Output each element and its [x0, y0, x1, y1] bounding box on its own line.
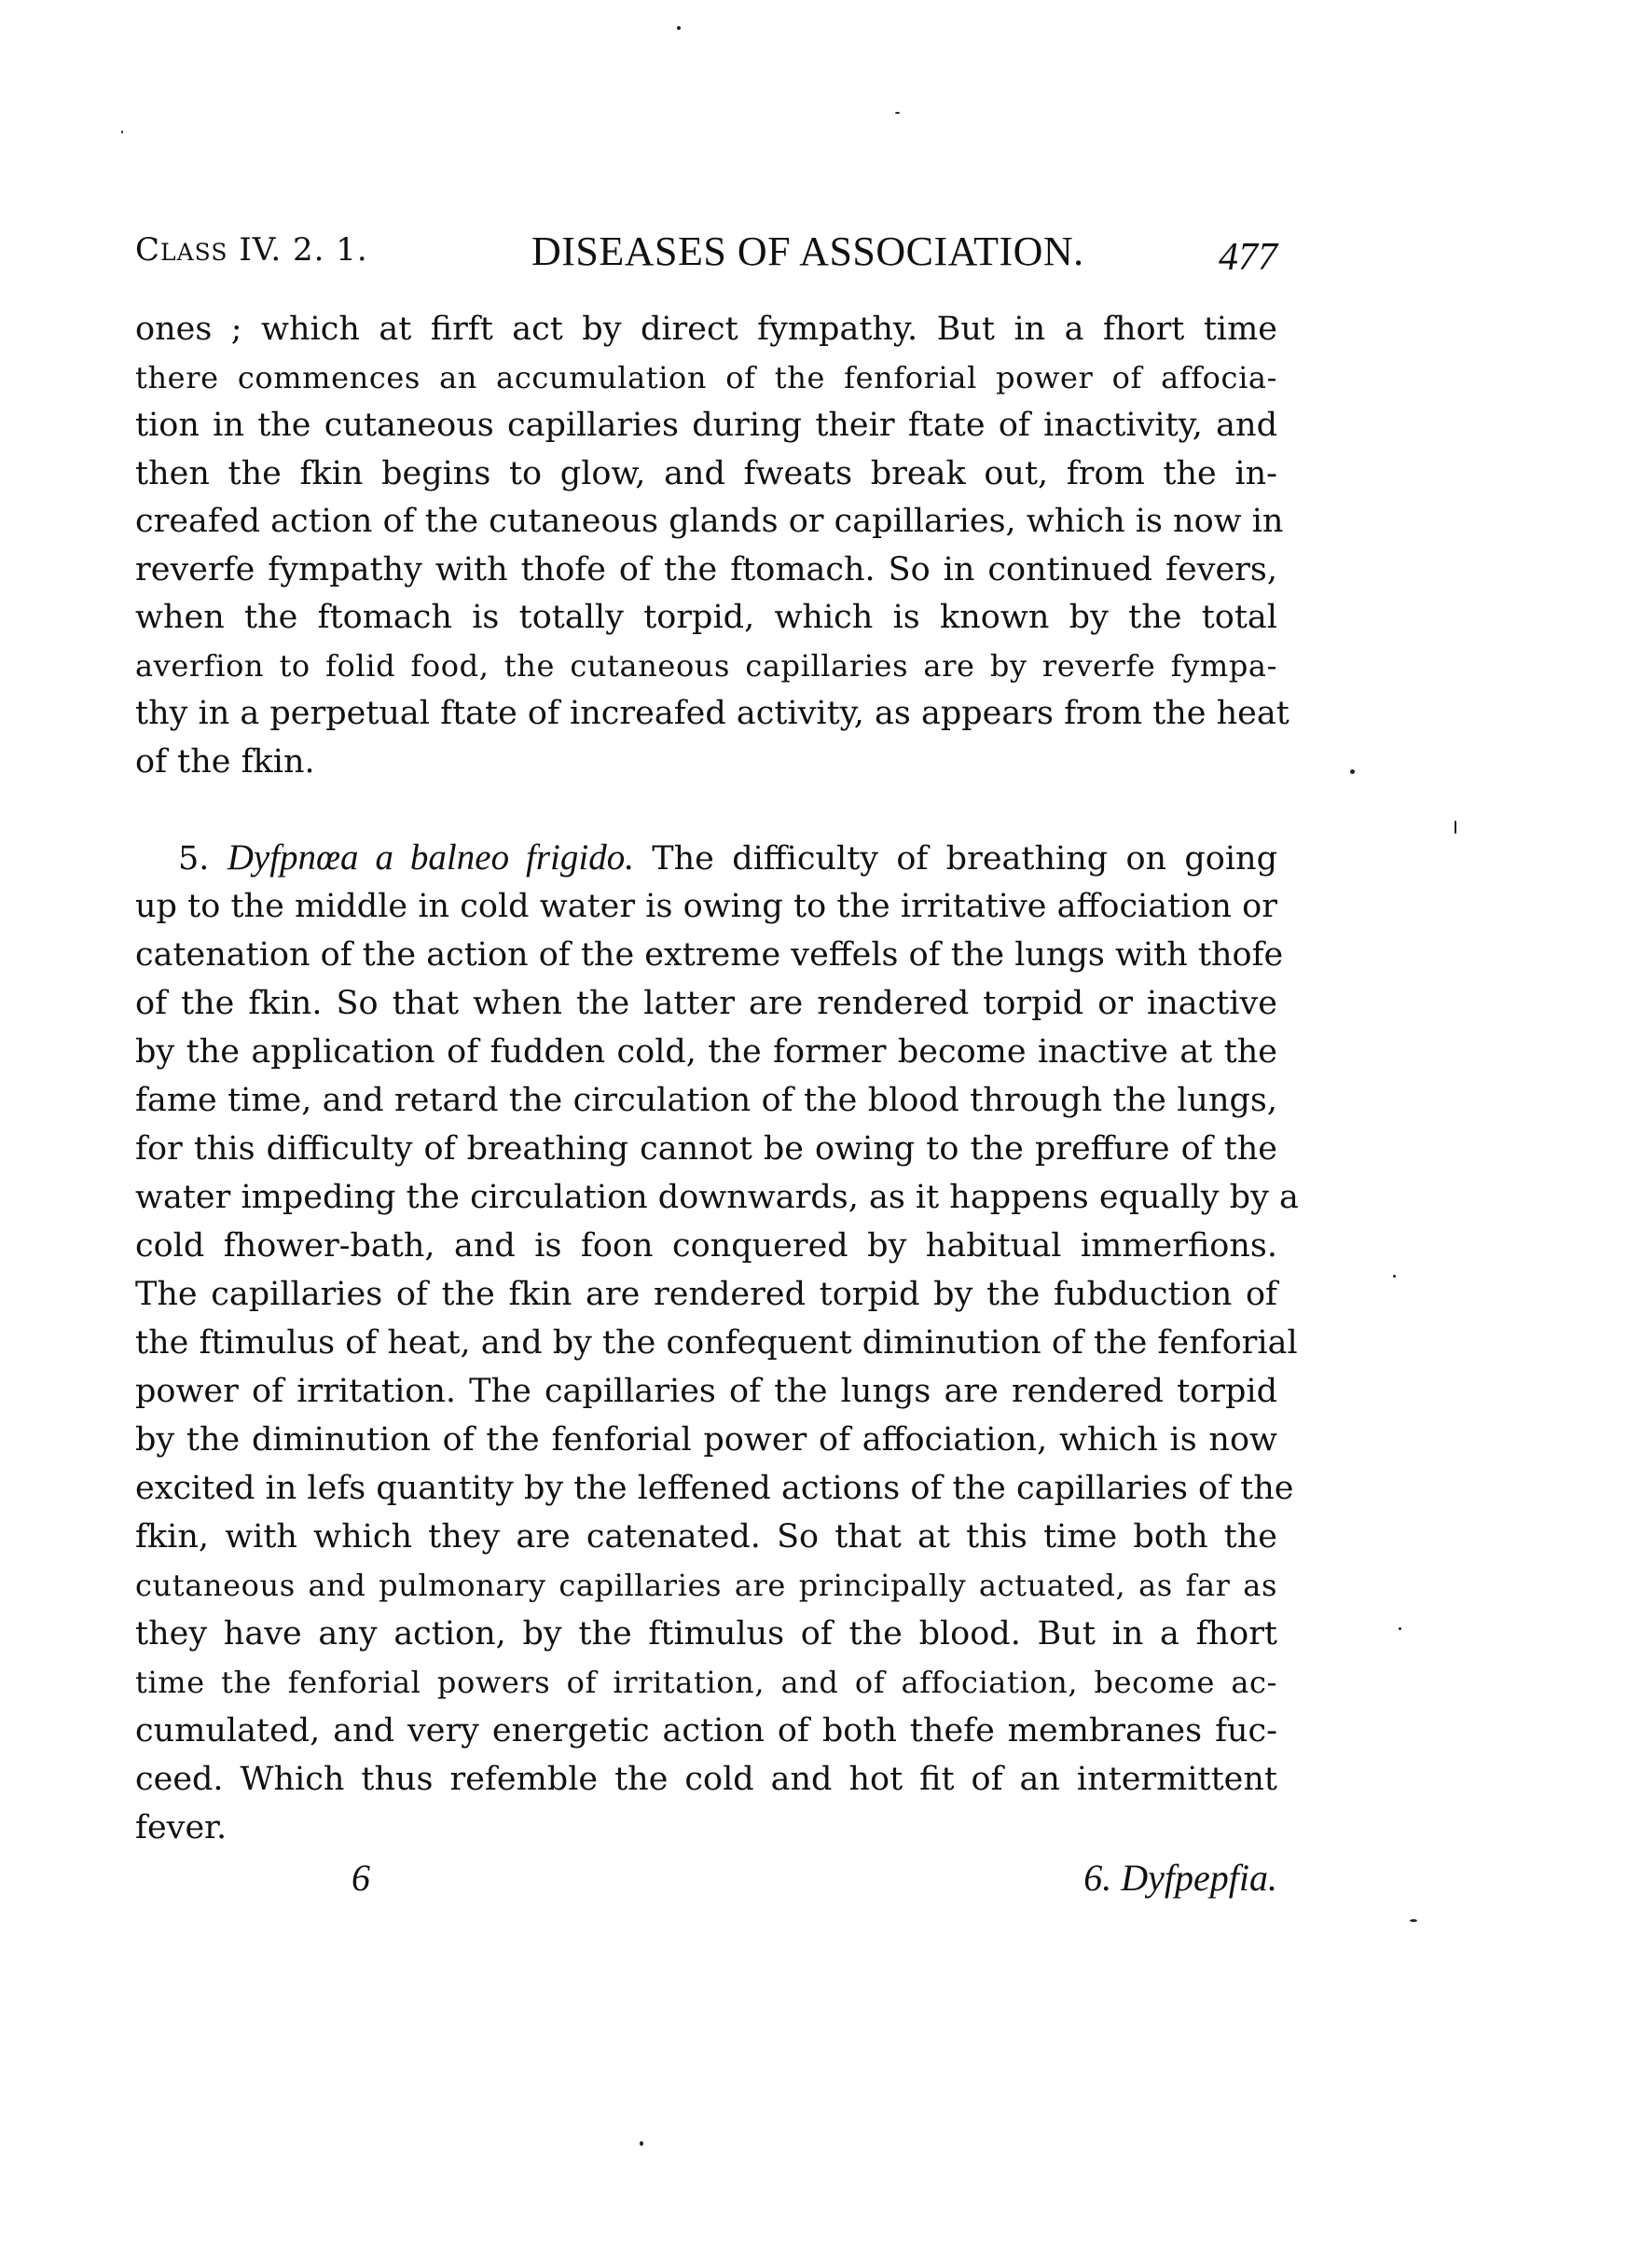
text-line: power of irritation. The capillaries of … [135, 1367, 1277, 1416]
scan-speck [121, 131, 123, 133]
text-line: time the fenforial powers of irritation,… [135, 1658, 1277, 1707]
text-line: they have any action, by the ftimulus of… [135, 1610, 1277, 1658]
text-line: The capillaries of the fkin are rendered… [135, 1270, 1277, 1319]
text-line: of the fkin. [135, 738, 1277, 786]
text-line: of the fkin. So that when the latter are… [135, 979, 1277, 1028]
text-line: the ftimulus of heat, and by the confequ… [135, 1319, 1277, 1367]
running-header: CLASS IV. 2. 1. DISEASES OF ASSOCIATION.… [135, 228, 1277, 274]
section-latin-title: Dyfpnœa a balneo frigido. [228, 837, 634, 878]
text-line: water impeding the circulation downwards… [135, 1173, 1277, 1222]
text-line: by the application of fudden cold, the f… [135, 1028, 1277, 1076]
text-line: fever. [135, 1804, 1277, 1852]
text-line: excited in lefs quantity by the leffened… [135, 1464, 1277, 1513]
text-line: then the fkin begins to glow, and fweats… [135, 449, 1277, 498]
scan-speck [1350, 769, 1355, 774]
text-line: when the ftomach is totally torpid, whic… [135, 593, 1277, 642]
page-number: 477 [1219, 235, 1277, 280]
section-number: 5. [178, 840, 209, 878]
scan-speck [677, 26, 681, 30]
section-heading-line: 5. Dyfpnœa a balneo frigido. The difficu… [135, 834, 1277, 882]
signature-mark: 6 [352, 1856, 370, 1900]
text-line: reverfe fympathy with thofe of the ftoma… [135, 546, 1277, 594]
text-line: up to the middle in cold water is owing … [135, 882, 1277, 931]
book-page: CLASS IV. 2. 1. DISEASES OF ASSOCIATION.… [0, 0, 1641, 2268]
text-line: cumulated, and very energetic action of … [135, 1707, 1277, 1755]
page-footer: 6 6. Dyfpepfia. [135, 1856, 1277, 1908]
text-line: fkin, with which they are catenated. So … [135, 1513, 1277, 1561]
text-line: for this difficulty of breathing cannot … [135, 1125, 1277, 1173]
running-title: DISEASES OF ASSOCIATION. [531, 228, 1084, 275]
text-line: there commences an accumulation of the f… [135, 353, 1277, 402]
scan-speck [1410, 1919, 1417, 1922]
scan-speck [1455, 821, 1456, 834]
text-line: ones ; which at firft act by direct fymp… [135, 305, 1277, 353]
scan-speck [1393, 1275, 1396, 1278]
text-line: ceed. Which thus refemble the cold and h… [135, 1755, 1277, 1804]
text-line: cold fhower-bath, and is foon conquered … [135, 1222, 1277, 1270]
text-line: thy in a perpetual ftate of increafed ac… [135, 689, 1277, 738]
text-line: catenation of the action of the extreme … [135, 931, 1277, 979]
class-label: CLASS IV. 2. 1. [135, 231, 368, 269]
text-line: tion in the cutaneous capillaries during… [135, 401, 1277, 449]
text-line: averfion to folid food, the cutaneous ca… [135, 642, 1277, 690]
text-line: by the diminution of the fenforial power… [135, 1416, 1277, 1464]
text-line: cutaneous and pulmonary capillaries are … [135, 1561, 1277, 1610]
scan-speck [640, 2141, 643, 2146]
text-line: creafed action of the cutaneous glands o… [135, 497, 1277, 546]
catchword: 6. Dyfpepfia. [1083, 1856, 1277, 1900]
scan-speck [1399, 1627, 1401, 1630]
text-line: fame time, and retard the circulation of… [135, 1076, 1277, 1125]
text-run: The difficulty of breathing on going [652, 840, 1277, 878]
scan-speck [895, 112, 900, 114]
